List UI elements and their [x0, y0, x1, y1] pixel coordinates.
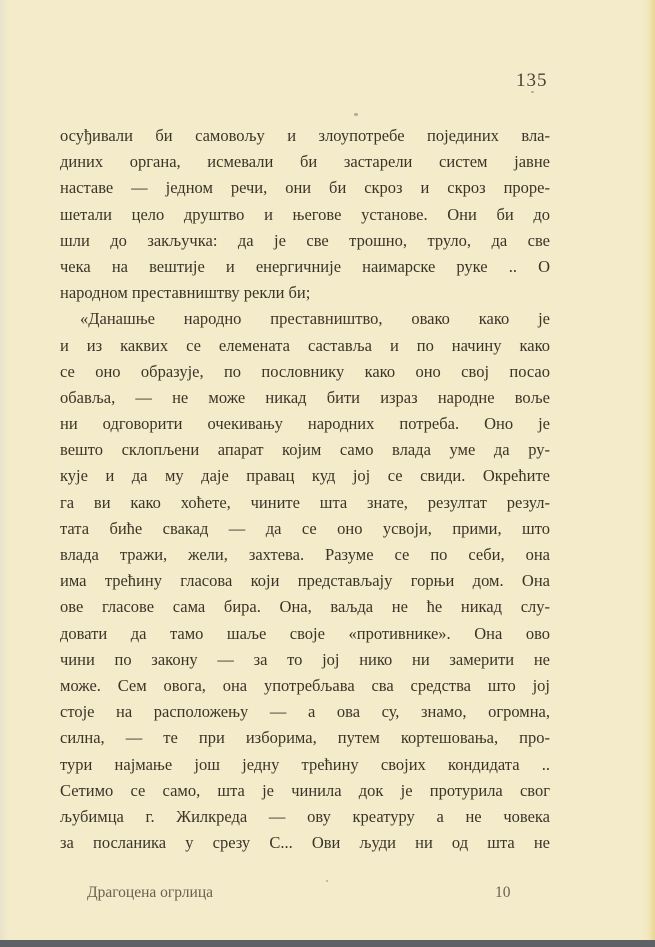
text-line: влада тражи, жели, захтева. Разуме се по…	[60, 542, 550, 568]
text-line: Сетимо се само, шта је чинила док је про…	[60, 778, 550, 804]
text-line: диних органа, исмевали би застарели сист…	[60, 149, 550, 175]
ink-speck	[354, 113, 358, 116]
book-page: 135 осуђивали би самовољу и злоупотребе …	[0, 0, 655, 940]
text-line: га ви како хоћете, чините шта знате, рез…	[60, 490, 550, 516]
body-text: осуђивали би самовољу и злоупотребе поје…	[60, 123, 550, 856]
text-line: осуђивали би самовољу и злоупотребе поје…	[60, 123, 550, 149]
text-line: ни одговорити очекивању народних потреба…	[60, 411, 550, 437]
text-line: вешто склопљени апарат којим само влада …	[60, 437, 550, 463]
text-line: љубимца г. Жилкреда — ову креатуру а не …	[60, 804, 550, 830]
text-line: и из каквих се елемената састављa и по н…	[60, 333, 550, 359]
text-line: «Данашње народно преставништво, овако ка…	[60, 306, 550, 332]
ink-speck	[531, 91, 534, 93]
text-line: тури најмање још једну трећину својих ко…	[60, 752, 550, 778]
text-line: се оно образује, по пословнику како оно …	[60, 359, 550, 385]
text-line: чини по закону — за то јој нико ни замер…	[60, 647, 550, 673]
text-line: за посланика у срезу С... Ови људи ни од…	[60, 830, 550, 856]
scan-bottom-edge	[0, 940, 655, 947]
text-line: народном преставништву рекли би;	[60, 280, 550, 306]
text-line: силна, — те при изборима, путем кортешов…	[60, 725, 550, 751]
text-line: шли до закључка: да је све трошно, труло…	[60, 228, 550, 254]
text-line: обавља, — не може никад бити израз народ…	[60, 385, 550, 411]
text-line: тата биће свакад — да се оно усвоји, при…	[60, 516, 550, 542]
text-line: ове гласове сама бира. Она, ваљда не ће …	[60, 594, 550, 620]
text-line: има трећину гласова који представљају го…	[60, 568, 550, 594]
text-line: наставе — једном речи, они би скроз и ск…	[60, 175, 550, 201]
text-line: стоје на расположењу — а ова су, знамо, …	[60, 699, 550, 725]
text-line: довати да тамо шаље своје «противнике». …	[60, 621, 550, 647]
footer-book-title: Драгоцена огрлица	[87, 884, 213, 902]
footer-signature-mark: 10	[495, 884, 511, 902]
page-number: 135	[516, 70, 548, 92]
text-line: кује и да му даје правац куд јој се свид…	[60, 463, 550, 489]
ink-speck	[326, 880, 328, 882]
text-line: може. Сем овога, она употребљава сва сре…	[60, 673, 550, 699]
text-line: шетали цело друштво и његове установе. О…	[60, 202, 550, 228]
text-line: чека на вештије и енергичније наимарске …	[60, 254, 550, 280]
